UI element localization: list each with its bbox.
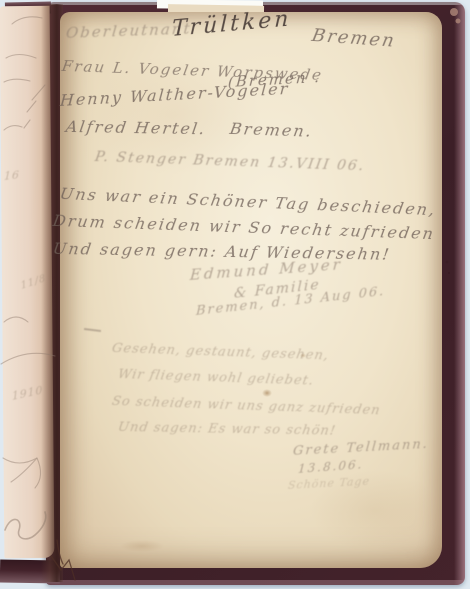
main-page [60, 12, 442, 568]
guestbook-photo: 16 11/8 1910 Oberleutnant Trültken Breme… [0, 0, 470, 589]
